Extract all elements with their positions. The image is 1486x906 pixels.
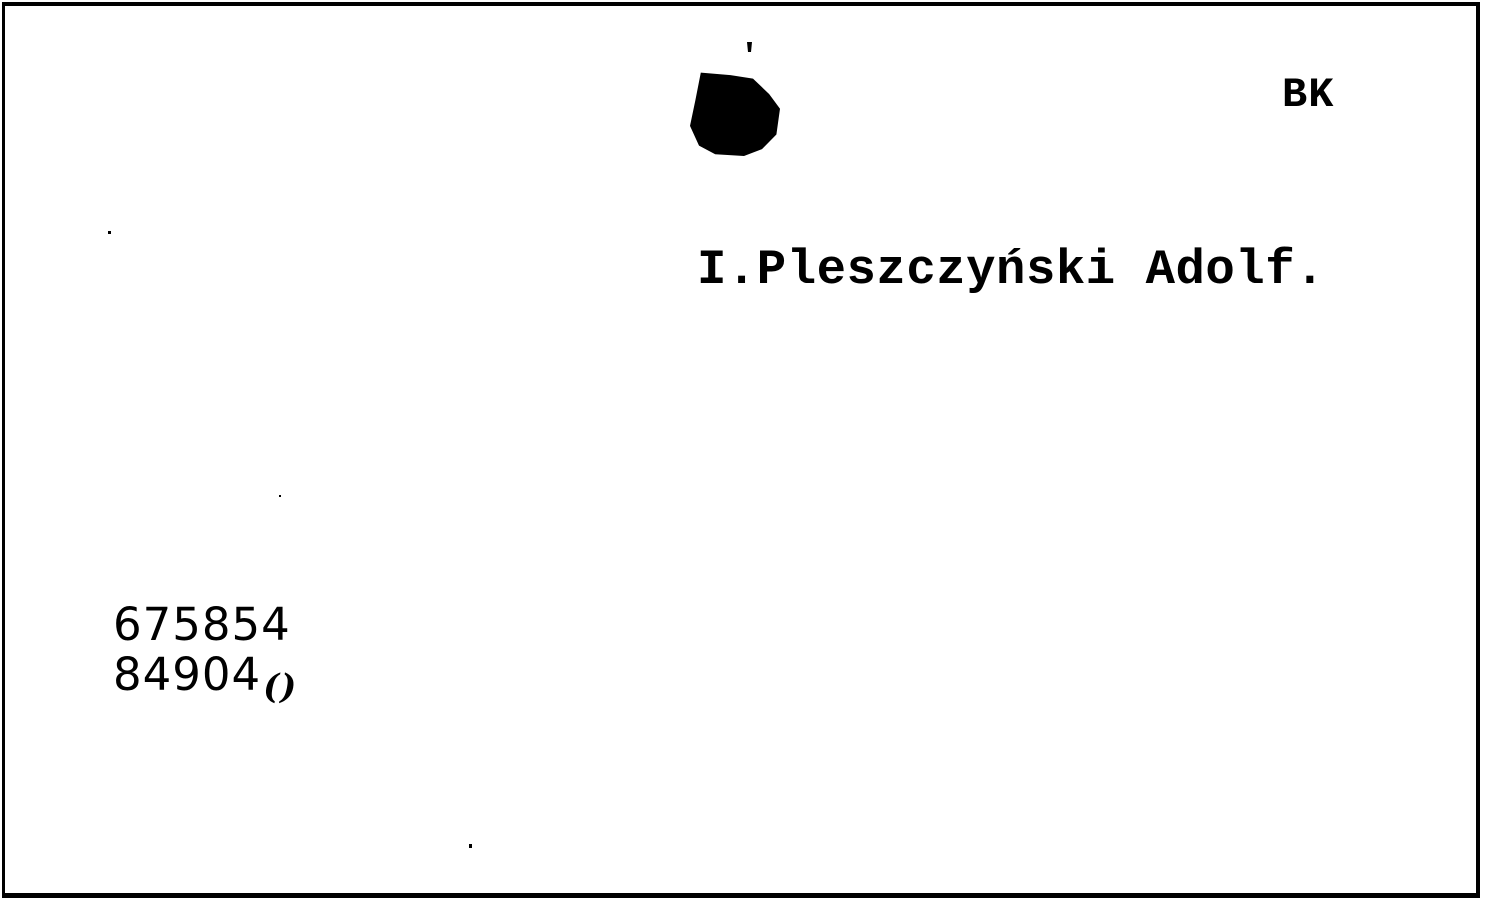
punch-hole-icon (690, 70, 780, 156)
scan-speck (469, 844, 472, 848)
reference-numbers: 675854 84904() (113, 600, 297, 712)
reference-number-2-row: 84904() (113, 650, 297, 712)
person-name: I.Pleszczyński Adolf. (697, 246, 1325, 295)
index-card: BK I.Pleszczyński Adolf. 675854 84904() (2, 2, 1480, 898)
punch-mark-icon (747, 42, 752, 52)
reference-number-2: 84904 (113, 648, 261, 701)
card-code: BK (1282, 74, 1334, 116)
handwritten-annotation: () (263, 667, 297, 707)
scan-speck (108, 231, 111, 234)
reference-number-1: 675854 (113, 600, 297, 650)
scan-speck (279, 495, 281, 497)
